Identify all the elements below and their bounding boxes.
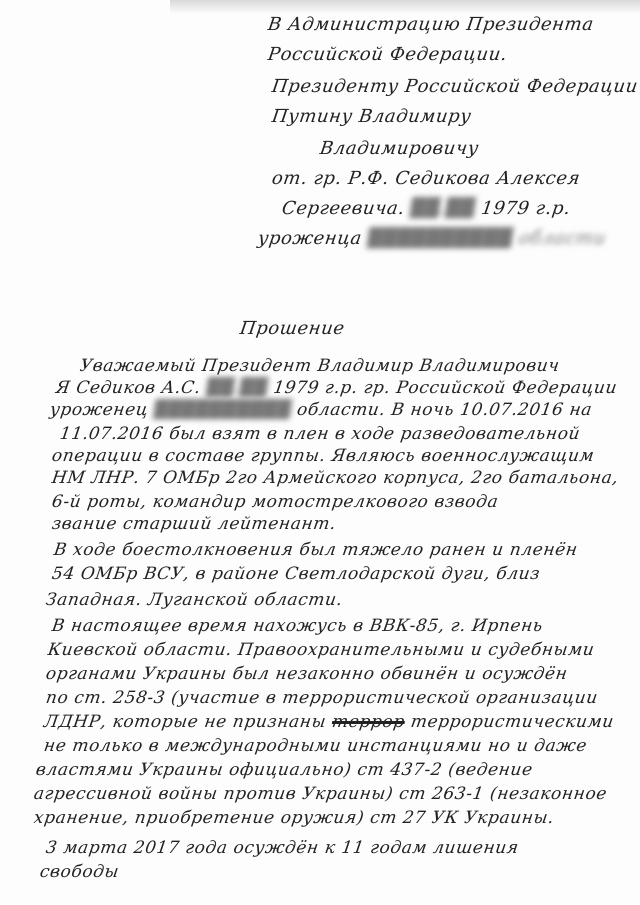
body-line: звание старший лейтенант.	[51, 514, 338, 534]
body-line: не только в международными инстанциями н…	[43, 736, 589, 756]
scanned-page: В Администрацию Президента Российской Фе…	[0, 0, 640, 905]
document-title: Прошение	[239, 318, 347, 339]
crossed-out-word: террор	[331, 712, 406, 732]
body-line: Западная. Луганской области.	[45, 590, 344, 610]
body-line: агрессивной войны против Украины) ст 263…	[33, 784, 609, 804]
body-text: уроженец	[49, 400, 156, 420]
addressee-line: Владимировичу	[319, 138, 481, 159]
body-line: ЛДНР, которые не признаны террор террори…	[43, 712, 616, 732]
body-line: операции в составе группы. Являюсь военн…	[51, 446, 596, 466]
body-text: области. В ночь 10.07.2016 на	[296, 400, 594, 420]
body-line: по ст. 258-3 (участие в террористической…	[45, 688, 600, 708]
body-line: НМ ЛНР. 7 ОМБр 2го Армейского корпуса, 2…	[51, 468, 620, 488]
scan-edge-shadow	[170, 0, 640, 14]
body-line: Киевской области. Правоохранительными и …	[47, 640, 596, 660]
body-line: В настоящее время нахожусь в ВВК-85, г. …	[51, 616, 545, 636]
body-line: 3 марта 2017 года осуждён к 11 годам лиш…	[45, 838, 521, 858]
addressee-line: уроженца ██████████ области	[257, 228, 608, 249]
addressee-line: Президенту Российской Федерации	[271, 76, 640, 97]
birth-year: 1979 г.р.	[480, 198, 572, 219]
redacted-birth-date: ██.██	[205, 378, 269, 398]
addressee-line: Российской Федерации.	[267, 44, 509, 65]
addressee-patronymic: Сергеевича.	[281, 198, 413, 219]
addressee-line: от. гр. Р.Ф. Седикова Алексея	[271, 168, 582, 189]
body-line: уроженец ██████████ области. В ночь 10.0…	[49, 400, 594, 420]
birthplace-label: уроженца	[257, 228, 370, 249]
redacted-birth-place: ██████████ области	[367, 228, 608, 249]
body-text: террористическими	[409, 712, 615, 732]
body-line: Я Седиков А.С. ██.██ 1979 г.р. гр. Росси…	[55, 378, 619, 398]
body-text: Я Седиков А.С.	[55, 378, 209, 398]
body-line: 54 ОМБр ВСУ, в районе Светлодарской дуги…	[51, 564, 542, 584]
addressee-line: Путину Владимиру	[271, 106, 473, 127]
body-line: органами Украины был незаконно обвинён и…	[45, 664, 569, 684]
body-line: Уважаемый Президент Владимир Владимирови…	[79, 356, 561, 376]
body-line: 11.07.2016 был взят в плен в ходе развед…	[59, 424, 582, 444]
body-text: 1979 г.р. гр. Российской Федерации	[272, 378, 619, 398]
body-line: 6-й роты, командир мотострелкового взвод…	[51, 492, 500, 512]
body-line: свободы	[39, 862, 121, 882]
redacted-birth-place: ██████████	[153, 400, 293, 420]
body-text: ЛДНР, которые не признаны	[43, 712, 334, 732]
addressee-line: Сергеевича. ██.██ 1979 г.р.	[281, 198, 572, 219]
body-line: хранение, приобретение оружия) ст 27 УК …	[33, 808, 556, 828]
body-line: В ходе боестолкновения был тяжело ранен …	[53, 540, 579, 560]
body-line: властями Украины официально) ст 437-2 (в…	[35, 760, 535, 780]
redacted-birth-date: ██.██	[410, 198, 477, 219]
addressee-line: В Администрацию Президента	[267, 14, 596, 35]
